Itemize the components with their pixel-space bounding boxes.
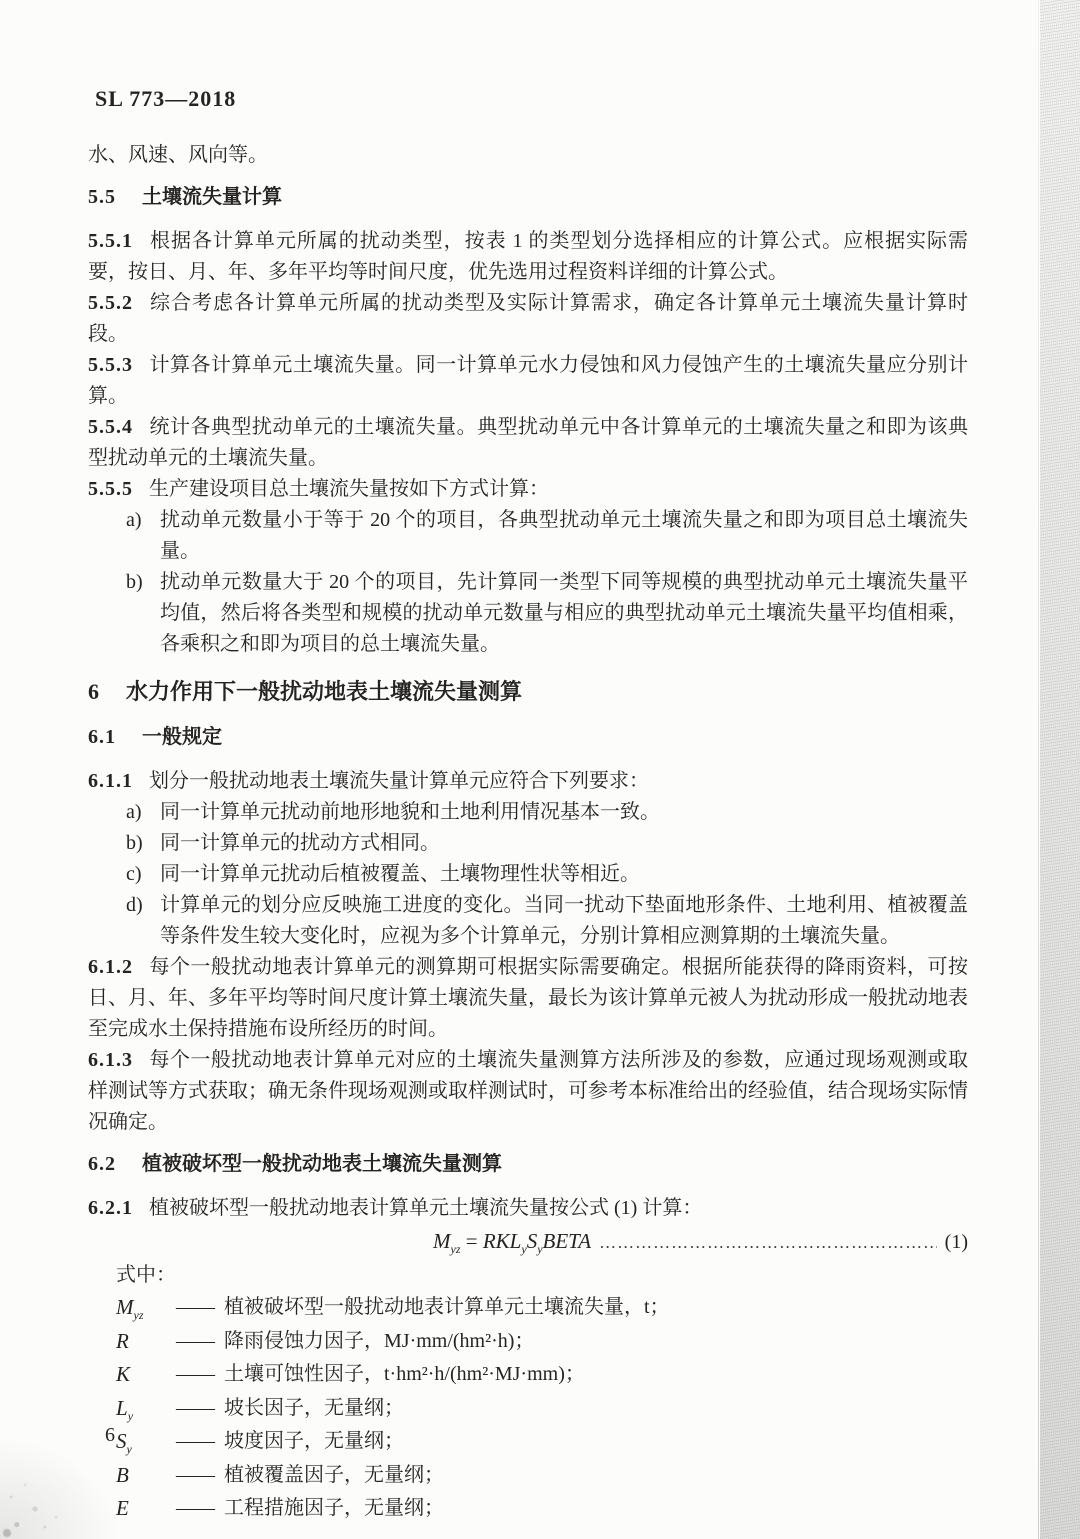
definition-text: 土壤可蚀性因子，t·hm²·h/(hm²·MJ·mm)；: [224, 1358, 968, 1392]
list-item-text: 计算单元的划分应反映施工进度的变化。当同一扰动下垫面地形条件、土地利用、植被覆盖…: [160, 890, 968, 952]
clause-number: 5.5.1: [88, 230, 133, 252]
symbol-letter: K: [116, 1362, 130, 1386]
definition-dash: ——: [176, 1291, 214, 1325]
definition-dash: ——: [176, 1459, 214, 1493]
clause-text: 划分一般扰动地表土壤流失量计算单元应符合下列要求：: [149, 770, 649, 792]
formula-term: S: [527, 1229, 538, 1253]
clause-text: 每个一般扰动地表计算单元的测算期可根据实际需要确定。根据所能获得的降雨资料，可按…: [88, 956, 968, 1040]
symbol-definition: B——植被覆盖因子，无量纲；: [116, 1459, 968, 1493]
symbol-definition: Sy——坡度因子，无量纲；: [116, 1425, 968, 1459]
list-item-text: 同一计算单元的扰动方式相同。: [160, 828, 968, 859]
clause-number: 6.1.3: [88, 1049, 133, 1071]
section-heading: 6.1一般规定: [88, 722, 968, 753]
formula-term: RKL: [483, 1229, 522, 1253]
symbol-letter: R: [116, 1329, 129, 1353]
clause-paragraph: 5.5.2综合考虑各计算单元所属的扰动类型及实际计算需求，确定各计算单元土壤流失…: [88, 288, 968, 350]
definition-text: 植被破坏型一般扰动地表计算单元土壤流失量，t；: [224, 1291, 968, 1325]
clause-paragraph: 5.5.4统计各典型扰动单元的土壤流失量。典型扰动单元中各计算单元的土壤流失量之…: [88, 412, 968, 474]
heading-number: 6.1: [88, 726, 116, 748]
symbol-definition: Ly——坡长因子，无量纲；: [116, 1392, 968, 1426]
definition-text: 坡长因子，无量纲；: [224, 1392, 968, 1426]
symbol-subscript: y: [128, 1409, 133, 1423]
heading-text: 一般规定: [142, 726, 222, 748]
formula-term: BETA: [543, 1229, 592, 1253]
symbol-letter: S: [116, 1429, 127, 1453]
heading-text: 水力作用下一般扰动地表土壤流失量测算: [126, 679, 522, 704]
formula-dot-leader: ……………………………………………………: [599, 1226, 937, 1260]
clause-number: 5.5.5: [88, 478, 133, 500]
clause-number: 6.1.1: [88, 770, 133, 792]
clause-paragraph: 6.1.2每个一般扰动地表计算单元的测算期可根据实际需要确定。根据所能获得的降雨…: [88, 952, 968, 1045]
definition-dash: ——: [176, 1425, 214, 1459]
section-heading: 6.2植被破坏型一般扰动地表土壤流失量测算: [88, 1149, 968, 1180]
list-item-text: 扰动单元数量小于等于 20 个的项目，各典型扰动单元土壤流失量之和即为项目总土壤…: [160, 505, 968, 567]
heading-text: 植被破坏型一般扰动地表土壤流失量测算: [142, 1153, 502, 1175]
clause-text: 计算各计算单元土壤流失量。同一计算单元水力侵蚀和风力侵蚀产生的土壤流失量应分别计…: [88, 354, 968, 407]
clause-number: 5.5.2: [88, 292, 133, 314]
list-item-text: 同一计算单元扰动前地形地貌和土地利用情况基本一致。: [160, 797, 968, 828]
symbol-letter: E: [116, 1496, 129, 1520]
heading-number: 5.5: [88, 186, 116, 208]
symbol: K: [116, 1358, 176, 1392]
page-number: 6: [105, 1424, 115, 1447]
definition-text: 工程措施因子，无量纲；: [224, 1492, 968, 1526]
document-page: SL 773—2018 水、风速、风向等。5.5土壤流失量计算5.5.1根据各计…: [0, 0, 1080, 1539]
symbol-subscript: y: [127, 1442, 132, 1456]
formula-term-subscript: yz: [451, 1242, 461, 1256]
symbol: Ly: [116, 1392, 176, 1426]
clause-number: 6.2.1: [88, 1197, 133, 1219]
clause-text: 每个一般扰动地表计算单元对应的土壤流失量测算方法所涉及的参数，应通过现场观测或取…: [88, 1049, 968, 1133]
heading-number: 6.2: [88, 1153, 116, 1175]
definition-dash: ——: [176, 1358, 214, 1392]
chapter-heading: 6水力作用下一般扰动地表土壤流失量测算: [88, 675, 968, 709]
list-item-text: 扰动单元数量大于 20 个的项目，先计算同一类型下同等规模的典型扰动单元土壤流失…: [160, 567, 968, 660]
list-marker: a): [126, 505, 160, 567]
symbol-definition: R——降雨侵蚀力因子，MJ·mm/(hm²·h)；: [116, 1325, 968, 1359]
list-item: d)计算单元的划分应反映施工进度的变化。当同一扰动下垫面地形条件、土地利用、植被…: [88, 890, 968, 952]
clause-paragraph: 6.1.1划分一般扰动地表土壤流失量计算单元应符合下列要求：: [88, 766, 968, 797]
paragraph: 式中：: [116, 1260, 968, 1291]
heading-number: 6: [88, 679, 100, 704]
list-marker: b): [126, 828, 160, 859]
symbol: Sy: [116, 1425, 176, 1459]
document-body: 水、风速、风向等。5.5土壤流失量计算5.5.1根据各计算单元所属的扰动类型，按…: [88, 140, 968, 1526]
list-marker: c): [126, 859, 160, 890]
symbol-definition: K——土壤可蚀性因子，t·hm²·h/(hm²·MJ·mm)；: [116, 1358, 968, 1392]
list-item: a)扰动单元数量小于等于 20 个的项目，各典型扰动单元土壤流失量之和即为项目总…: [88, 505, 968, 567]
formula: Myz = RKLySyBETA……………………………………………………(1): [88, 1224, 968, 1260]
list-marker: b): [126, 567, 160, 660]
list-item: c)同一计算单元扰动后植被覆盖、土壤物理性状等相近。: [88, 859, 968, 890]
symbol-definition: E——工程措施因子，无量纲；: [116, 1492, 968, 1526]
list-item: b)同一计算单元的扰动方式相同。: [88, 828, 968, 859]
page-header: SL 773—2018: [95, 86, 236, 112]
clause-text: 统计各典型扰动单元的土壤流失量。典型扰动单元中各计算单元的土壤流失量之和即为该典…: [88, 416, 968, 469]
symbol: Myz: [116, 1291, 176, 1325]
symbol-definition: Myz——植被破坏型一般扰动地表计算单元土壤流失量，t；: [116, 1291, 968, 1325]
symbol-letter: L: [116, 1396, 128, 1420]
clause-paragraph: 6.2.1植被破坏型一般扰动地表计算单元土壤流失量按公式 (1) 计算：: [88, 1193, 968, 1224]
clause-text: 生产建设项目总土壤流失量按如下方式计算：: [149, 478, 549, 500]
standard-code: SL 773—2018: [95, 86, 236, 111]
symbol: R: [116, 1325, 176, 1359]
symbol-letter: B: [116, 1463, 129, 1487]
scan-edge-shadow: [1040, 0, 1080, 1539]
clause-number: 6.1.2: [88, 956, 133, 978]
formula-number: (1): [945, 1225, 968, 1259]
clause-text: 综合考虑各计算单元所属的扰动类型及实际计算需求，确定各计算单元土壤流失量计算时段…: [88, 292, 968, 345]
clause-paragraph: 5.5.1根据各计算单元所属的扰动类型，按表 1 的类型划分选择相应的计算公式。…: [88, 226, 968, 288]
list-marker: a): [126, 797, 160, 828]
heading-text: 土壤流失量计算: [142, 186, 282, 208]
clause-text: 根据各计算单元所属的扰动类型，按表 1 的类型划分选择相应的计算公式。应根据实际…: [88, 230, 968, 283]
definition-dash: ——: [176, 1392, 214, 1426]
clause-text: 植被破坏型一般扰动地表计算单元土壤流失量按公式 (1) 计算：: [149, 1197, 702, 1219]
clause-paragraph: 5.5.3计算各计算单元土壤流失量。同一计算单元水力侵蚀和风力侵蚀产生的土壤流失…: [88, 350, 968, 412]
list-item: b)扰动单元数量大于 20 个的项目，先计算同一类型下同等规模的典型扰动单元土壤…: [88, 567, 968, 660]
list-item: a)同一计算单元扰动前地形地貌和土地利用情况基本一致。: [88, 797, 968, 828]
definition-text: 植被覆盖因子，无量纲；: [224, 1459, 968, 1493]
clause-number: 5.5.3: [88, 354, 133, 376]
clause-paragraph: 5.5.5生产建设项目总土壤流失量按如下方式计算：: [88, 474, 968, 505]
symbol: B: [116, 1459, 176, 1493]
definition-dash: ——: [176, 1492, 214, 1526]
formula-expression: Myz = RKLySyBETA: [433, 1224, 591, 1258]
paragraph: 水、风速、风向等。: [88, 140, 968, 171]
list-item-text: 同一计算单元扰动后植被覆盖、土壤物理性状等相近。: [160, 859, 968, 890]
symbol-subscript: yz: [134, 1308, 144, 1322]
formula-term: =: [461, 1229, 483, 1253]
list-marker: d): [126, 890, 160, 952]
section-heading: 5.5土壤流失量计算: [88, 182, 968, 213]
definition-dash: ——: [176, 1325, 214, 1359]
clause-paragraph: 6.1.3每个一般扰动地表计算单元对应的土壤流失量测算方法所涉及的参数，应通过现…: [88, 1045, 968, 1138]
definition-text: 降雨侵蚀力因子，MJ·mm/(hm²·h)；: [224, 1325, 968, 1359]
clause-number: 5.5.4: [88, 416, 133, 438]
symbol-letter: M: [116, 1295, 134, 1319]
symbol: E: [116, 1492, 176, 1526]
definition-text: 坡度因子，无量纲；: [224, 1425, 968, 1459]
formula-term: M: [433, 1229, 451, 1253]
